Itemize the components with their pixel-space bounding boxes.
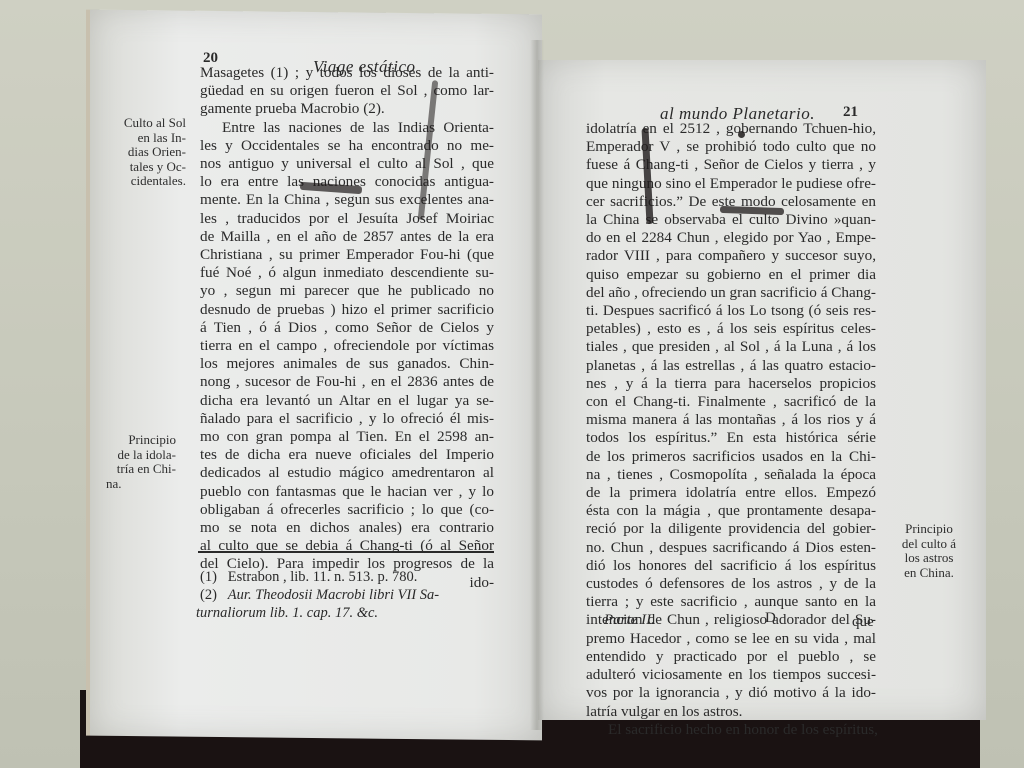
- text-line: nong , sucesor de Fou-hi , en el 2836 an…: [200, 373, 494, 391]
- footnote-2-continued: turnaliorum lib. 1. cap. 17. &c.: [196, 604, 496, 622]
- marginal-line: dias Orien-: [106, 145, 186, 160]
- marginal-line: tría en Chi-: [106, 462, 176, 477]
- text-line: los mejores animales de sus ganados. Chi…: [200, 355, 494, 373]
- text-line: obligaban á ofrecerles sacrificio ; lo q…: [200, 501, 494, 519]
- text-line: ésta con la mágia , que prontamente desa…: [586, 502, 876, 520]
- text-line: no. Chun , despues sacrificando á Dios e…: [586, 539, 876, 557]
- text-line: do en el 2284 Chun , elegido por Yao , E…: [586, 229, 876, 247]
- text-line: tierra ; y este sacrificio , aunque sant…: [586, 593, 876, 611]
- text-line: misma manera á las montañas , á los rios…: [586, 411, 876, 429]
- left-body-text: Masagetes (1) ; y todos los dioses de la…: [200, 64, 494, 592]
- text-line: de la primera idolatría entre ellos. Emp…: [586, 484, 876, 502]
- text-line: Masagetes (1) ; y todos los dioses de la…: [200, 64, 494, 82]
- text-line: nos antiguo y universal el culto al Sol …: [200, 155, 494, 173]
- text-line: la China se observaba el culto Divino »q…: [586, 211, 876, 229]
- marginal-note-culto-astros: Principio del culto á los astros en Chin…: [888, 522, 970, 580]
- text-line: güedad en su origen fueron el Sol , como…: [200, 82, 494, 100]
- marginal-line: Principio: [888, 522, 970, 537]
- marginal-line: Principio: [106, 433, 176, 448]
- text-line: entendido y practicado por el pueblo , s…: [586, 648, 876, 666]
- footnotes: (1) Estrabon , lib. 11. n. 513. p. 780. …: [200, 568, 496, 622]
- marginal-line: cidentales.: [106, 174, 186, 189]
- text-line: nes , y á la tierra para hacerselos prop…: [586, 375, 876, 393]
- text-line: pueblo con fantasmas que le hacian ver ,…: [200, 483, 494, 501]
- text-line: Christiana , su primer Emperador Fou-hi …: [200, 246, 494, 264]
- text-line: Emperador V , se prohibió todo culto que…: [586, 138, 876, 156]
- footnote-1: (1) Estrabon , lib. 11. n. 513. p. 780.: [200, 568, 496, 586]
- marginal-note-culto-al-sol: Culto al Sol en las In- dias Orien- tale…: [106, 116, 186, 189]
- marginal-line: de la idola-: [106, 448, 176, 463]
- text-line: na , tienes , Cosmopolíta , señalada la …: [586, 466, 876, 484]
- text-line: dedicados al estudio mágico amedrentaron…: [200, 464, 494, 482]
- footnote-2: (2) Aur. Theodosii Macrobi libri VII Sa-: [200, 586, 496, 604]
- text-line: Entre las naciones de las Indias Orienta…: [200, 119, 494, 137]
- text-line: planetas , á las estrellas , á las quatr…: [586, 357, 876, 375]
- text-line: les y Occidentales se ha encontrado no m…: [200, 137, 494, 155]
- text-line: tes de dicha era nueve oficiales del Imp…: [200, 446, 494, 464]
- text-line: que ninguno sino el Emperador le pudiese…: [586, 175, 876, 193]
- footnote-text: Aur. Theodosii Macrobi libri VII Sa-: [228, 587, 439, 603]
- text-line: mo se nota en dichos anales) era contrar…: [200, 519, 494, 537]
- footnote-marker: (1): [200, 569, 217, 585]
- text-line: idolatría en el 2512 , gobernando Tchuen…: [586, 120, 876, 138]
- footnote-rule: [198, 551, 494, 553]
- text-line: fué Noé , ó algun inmediato descendiente…: [200, 264, 494, 282]
- text-line: vos por la ignorancia , y dió motivo á l…: [586, 684, 876, 702]
- footnote-text: turnaliorum lib. 1. cap. 17. &c.: [196, 605, 378, 621]
- footnote-marker: (2): [200, 587, 217, 603]
- signature-mark: D: [765, 610, 776, 627]
- text-line: quiso empezar su gobierno en el primer d…: [586, 266, 876, 284]
- marginal-line: Culto al Sol: [106, 116, 186, 131]
- text-line: El sacrificio hecho en honor de los espí…: [586, 721, 876, 739]
- text-line: petables) , esto es , á los seis espírit…: [586, 320, 876, 338]
- marginal-note-principio-idolatria: Principio de la idola- tría en Chi- na.: [106, 433, 176, 491]
- marginal-line: na.: [106, 477, 176, 492]
- text-line: les , traducidos por el Jesuíta Josef Mo…: [200, 210, 494, 228]
- text-line: tiales , que presiden , al Sol , á la Lu…: [586, 338, 876, 356]
- text-line: ti. Despues sacrificó á los Lo tsong (ó …: [586, 302, 876, 320]
- text-line: á Tien , ó á Dios , como Señor de Cielos…: [200, 319, 494, 337]
- text-line: de los primeros sacrificios usados en la…: [586, 448, 876, 466]
- ink-dot: [738, 131, 745, 138]
- marginal-line: tales y Oc-: [106, 160, 186, 175]
- text-line: mo con gran pompa al Tien. En el 2598 an…: [200, 428, 494, 446]
- text-line: del año , ofreciendo un gran sacrificio …: [586, 284, 876, 302]
- text-line: tierra en el campo , ofreciendole por ví…: [200, 337, 494, 355]
- text-line: fuese á Chang-ti , Señor de Cielos y tie…: [586, 156, 876, 174]
- text-line: rador VIII , para compañero y succesor s…: [586, 247, 876, 265]
- text-line: de Mailla , en el año de 2857 antes de l…: [200, 228, 494, 246]
- text-line: mente. En la China , segun sus excelente…: [200, 191, 494, 209]
- text-line: adulteró viciosamente en los tiempos suc…: [586, 666, 876, 684]
- book-gutter: [530, 40, 544, 730]
- marginal-line: en China.: [888, 566, 970, 581]
- text-line: con el Chang-ti. Finalmente , sacrificó …: [586, 393, 876, 411]
- text-line: ñalado para el sacrificio , y lo ofreció…: [200, 410, 494, 428]
- catchword: que: [852, 614, 874, 631]
- text-line: yo , segun mi parecer que he publicado n…: [200, 282, 494, 300]
- text-line: gamente prueba Macrobio (2).: [200, 100, 494, 118]
- marginal-line: los astros: [888, 551, 970, 566]
- footnote-text: Estrabon , lib. 11. n. 513. p. 780.: [228, 569, 418, 585]
- text-line: dió los honores del sacrificio á los esp…: [586, 557, 876, 575]
- right-page-number: 21: [843, 104, 858, 121]
- text-line: reció por la diligente providencia del g…: [586, 520, 876, 538]
- text-line: desnudo de pruebas ) hizo el primer sacr…: [200, 301, 494, 319]
- marginal-line: en las In-: [106, 131, 186, 146]
- marginal-line: del culto á: [888, 537, 970, 552]
- part-label: Parte II.: [604, 612, 655, 629]
- text-line: latría vulgar en los astros.: [586, 703, 876, 721]
- text-line: custodes ó defensores de los astros , y …: [586, 575, 876, 593]
- text-line: premo Hacedor , como se lee en su vida ,…: [586, 630, 876, 648]
- text-line: todos los espíritus.” En esta histórica …: [586, 429, 876, 447]
- text-line: dicha era levantó un Altar en el lugar y…: [200, 392, 494, 410]
